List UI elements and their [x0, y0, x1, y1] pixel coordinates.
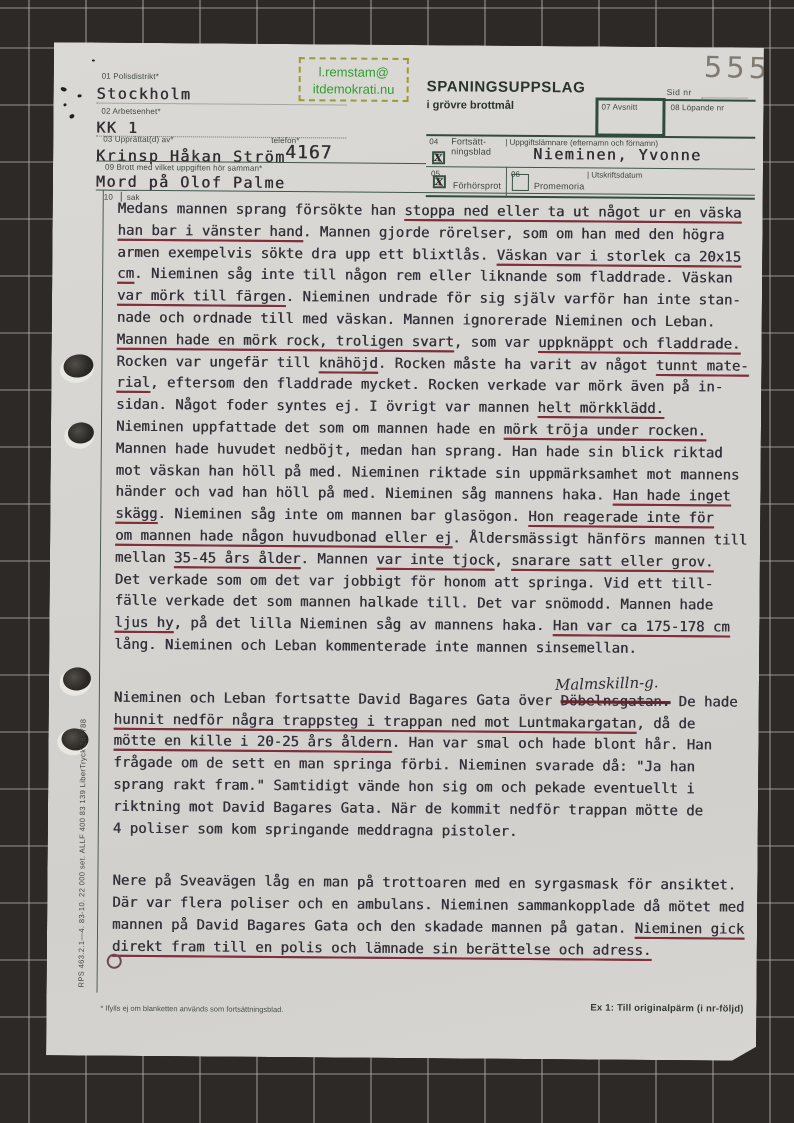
underlined-text: var mörk till färgen	[117, 288, 286, 305]
field-10-num: 10	[104, 193, 113, 202]
field-05-label: Förhörsprot	[453, 180, 501, 190]
body-text: . Rocken måste ha varit av något	[378, 355, 656, 373]
underlined-text: Nieminen gick	[635, 921, 745, 938]
body-text: De hade	[670, 694, 738, 711]
field-06-label: Promemoria	[534, 181, 585, 191]
field-03-phone-value: 4167	[285, 142, 333, 163]
checkbox-04-mark: x	[433, 149, 443, 166]
ink-speck	[78, 94, 82, 97]
field-07-label: 07 Avsnitt	[598, 101, 662, 113]
paragraph: Nere på Sveavägen låg en man på trottoar…	[112, 871, 765, 963]
body-text: . Nieminen såg inte om mannen bar glasög…	[157, 506, 528, 525]
body-text: händer och vad han höll på med. Nieminen…	[115, 484, 612, 504]
body-text: Nieminen uppfattade det som om mannen ha…	[116, 419, 504, 438]
body-text: . Mannen	[300, 551, 376, 568]
page-number: 555	[703, 50, 771, 86]
print-code: RPS 463.2.1—4. 83-10. 22 000 set. ALLF 4…	[77, 627, 89, 987]
underlined-text: skägg	[115, 506, 157, 522]
body-text: sprang rakt fram." Samtidigt vände hon s…	[113, 777, 695, 798]
uppgiftslamnare-value: Nieminen, Yvonne	[533, 145, 702, 164]
underlined-text: stoppa ned eller ta ut något ur en väska	[404, 203, 741, 222]
underlined-text: tunnt mate-	[656, 358, 749, 375]
field-08-label: 08 Löpande nr	[670, 103, 724, 112]
ink-speck	[60, 86, 67, 92]
photo-of-document: { "page": { "sid_label": "Sid nr", "page…	[0, 0, 794, 1123]
body-text: frågade om de sett en man springa förbi.…	[113, 755, 695, 776]
underlined-text: Han hade inget	[613, 488, 731, 505]
body-text: mannen på David Bagares Gata och den ska…	[112, 917, 635, 937]
field-04-label-2: ningsblad	[451, 146, 491, 156]
body-text: ,	[494, 552, 511, 568]
scanned-document-page: l.remstam@ itdemokrati.nu 01 Polisdistri…	[46, 42, 764, 1061]
body-text: mot väskan han höll på med. Nieminen rik…	[116, 462, 740, 483]
body-text: mellan	[115, 549, 174, 565]
body-text: . Mannen gjorde rörelser, som om han med…	[303, 224, 725, 243]
underlined-text: direkt fram till en polis och lämnade si…	[112, 938, 652, 958]
field-07-box: 07 Avsnitt	[595, 97, 665, 137]
underlined-text: uppknäppt och fladdrade.	[538, 335, 740, 353]
hole-punch	[62, 352, 95, 380]
stamp-line1: l.remstam@	[301, 63, 407, 81]
body-text: Nieminen och Leban fortsatte David Bagar…	[114, 689, 561, 709]
underlined-text: helt mörkklädd.	[538, 400, 665, 417]
underlined-text: ljus hy	[114, 615, 173, 631]
form-left-rule	[97, 190, 104, 993]
field-09-label: 09 Brott med vilket uppgiften hör samman…	[105, 163, 262, 173]
form-line	[426, 195, 755, 200]
body-text: Medans mannen sprang försökte han	[118, 201, 405, 219]
underlined-text: 35-45 års ålder	[174, 550, 301, 567]
paragraph: Nieminen och Leban fortsatte David Bagar…	[113, 687, 766, 845]
field-04-num: 04	[429, 137, 438, 146]
body-text: . Nieminen såg inte till någon rem eller…	[134, 266, 733, 287]
body-text: armen exempelvis sökte dra upp ett blixt…	[117, 244, 496, 263]
body-text: Där var flera poliser och en ambulans. N…	[112, 895, 744, 916]
footer-copy-label: Ex 1: Till originalpärm (i nr-följd)	[590, 1002, 743, 1014]
checkbox-05-mark: x	[434, 173, 444, 190]
field-02-label: 02 Arbetsenhet*	[101, 107, 160, 116]
body-text: nade och ordnade till med väskan. Mannen…	[117, 310, 716, 331]
form-line	[665, 99, 756, 102]
body-text: lång. Nieminen och Leban kommenterade in…	[114, 637, 637, 657]
body-text: fälle verkade det som mannen halkade til…	[115, 593, 714, 614]
underlined-text: om mannen hade någon huvudbonad eller ej	[115, 528, 452, 547]
body-text: , på det lilla Nieminen såg av mannens h…	[173, 615, 552, 634]
underlined-text: han bar i vänster hand	[117, 223, 303, 240]
body-text: Det verkade som om det var jobbigt för h…	[115, 571, 714, 592]
email-stamp: l.remstam@ itdemokrati.nu	[299, 57, 409, 102]
form-dotted-line	[97, 103, 347, 106]
struck-text: Döbelnsgatan.Malmskilln-g.	[561, 693, 671, 710]
underlined-text: mötte en kille i 20-25 års åldern	[113, 733, 391, 751]
underlined-text: cm	[117, 266, 134, 282]
body-text: riktning mot David Bagares Gata. När de …	[113, 798, 703, 819]
ink-speck	[69, 114, 75, 119]
body-text: Nere på Sveavägen låg en man på trottoar…	[112, 873, 736, 894]
body-text: , som var	[454, 334, 538, 351]
footer-note: * Ifylls ej om blanketten används som fo…	[100, 1004, 283, 1014]
body-text: Mannen hade huvudet nedböjt, medan han s…	[116, 440, 723, 461]
utskriftsdatum-label: | Utskriftsdatum	[587, 170, 642, 179]
body-text: , då de	[636, 715, 695, 731]
underlined-text: var inte tjock	[376, 552, 494, 569]
ink-speck	[92, 60, 95, 62]
body-text: 4 poliser som kom springande meddragna p…	[113, 820, 518, 839]
underlined-text: snarare satt eller grov.	[511, 553, 713, 571]
form-divider	[506, 167, 507, 196]
document-body: Medans mannen sprang försökte han stoppa…	[112, 199, 770, 964]
form-title: SPANINGSUPPSLAG	[427, 78, 586, 96]
underlined-text: mörk tröja under rocken.	[504, 422, 706, 440]
field-01-label: 01 Polisdistrikt*	[102, 72, 159, 81]
hole-punch	[67, 421, 95, 444]
body-text: . Nieminen undrade för sig själv varför …	[286, 289, 741, 309]
underlined-text: Väskan var i storlek ca 20x15	[497, 247, 742, 265]
underlined-text: Hon reagerade inte för	[528, 509, 714, 526]
form-subtitle: i grövre brottmål	[426, 99, 513, 112]
checkbox-06	[512, 174, 529, 191]
body-text: . Åldersmässigt hänförs mannen till	[452, 530, 747, 548]
underlined-text: Mannen hade en mörk rock, troligen svart	[117, 332, 454, 351]
form-line	[426, 166, 755, 170]
field-04-label-1: Fortsätt-	[451, 136, 486, 146]
underlined-text: Han var ca 175-178 cm	[553, 618, 730, 635]
underlined-text: knähöjd	[319, 355, 378, 371]
sid-nr-label: Sid nr	[667, 87, 692, 97]
field-01-value: Stockholm	[97, 85, 192, 104]
ink-speck	[63, 103, 66, 106]
field-03-label: 03 Upprättat(d) av*	[103, 135, 174, 145]
body-text: Rocken var ungefär till	[116, 353, 318, 371]
underlined-text: hunnit nedför några trappsteg i trappan …	[114, 711, 637, 731]
paragraph: Medans mannen sprang försökte han stoppa…	[114, 199, 770, 662]
body-text: sidan. Något foder syntes ej. I övrigt v…	[116, 397, 538, 416]
body-text: , eftersom den fladdrade mycket. Rocken …	[150, 375, 723, 396]
handwritten-annotation: Malmskilln-g.	[554, 672, 658, 697]
stamp-line2: itdemokrati.nu	[301, 80, 407, 98]
body-text: . Han var smal och hade blont hår. Han	[392, 735, 712, 754]
underlined-text: rial	[116, 375, 150, 391]
